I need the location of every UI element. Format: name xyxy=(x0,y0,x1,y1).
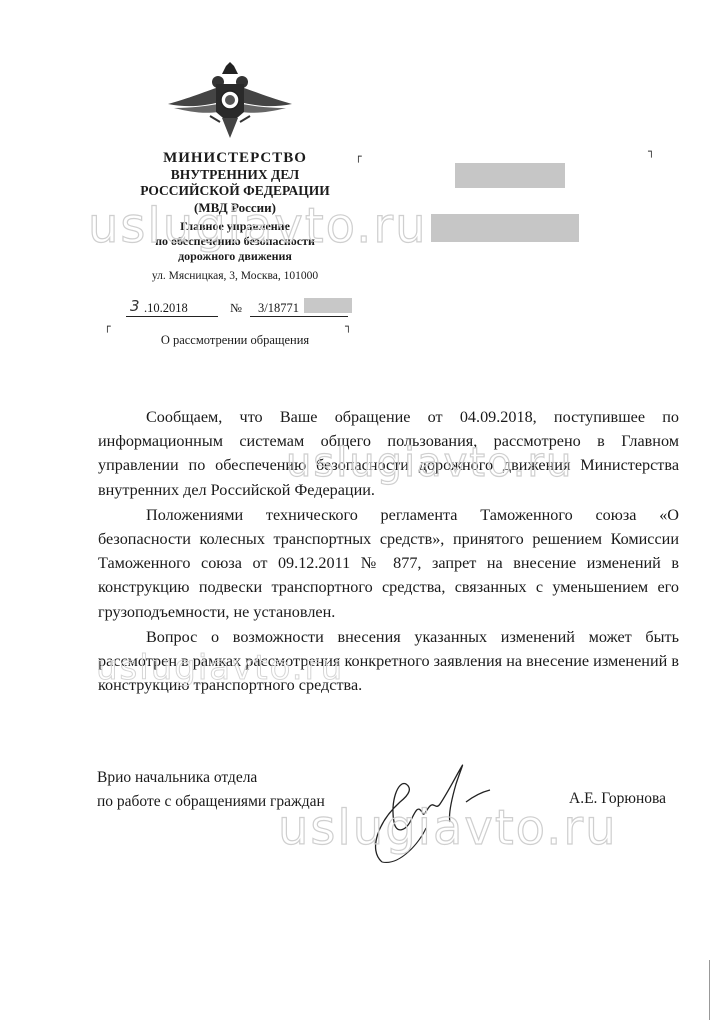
corner-bracket-top-left-icon: ┌ xyxy=(104,320,111,333)
org-line-1: МИНИСТЕРСТВО xyxy=(110,150,360,167)
recipient-redaction-1 xyxy=(455,163,565,188)
signer-title: Врио начальника отдела по работе с обращ… xyxy=(97,766,325,814)
reference-line: 3 .10.2018 № 3/18771 xyxy=(126,300,356,318)
dept-line-3: дорожного движения xyxy=(110,249,360,264)
subject-line: О рассмотрении обращения xyxy=(110,333,360,348)
dept-line-1: Главное управление xyxy=(110,219,360,234)
date-day-handwritten: 3 xyxy=(130,297,140,315)
scan-edge-line xyxy=(709,960,710,1020)
mvd-emblem-icon xyxy=(160,62,300,142)
org-line-4: (МВД России) xyxy=(110,199,360,216)
recipient-corner-top-right-icon: ┐ xyxy=(648,145,655,158)
address: ул. Мясницкая, 3, Москва, 101000 xyxy=(110,270,360,282)
letter-body: Сообщаем, что Ваше обращение от 04.09.20… xyxy=(98,405,679,697)
date-field: 3 .10.2018 xyxy=(126,300,218,317)
paragraph-2: Положениями технического регламента Тамо… xyxy=(98,503,679,624)
date-month-year: .10.2018 xyxy=(144,301,188,316)
corner-bracket-top-right-icon: ┐ xyxy=(345,320,352,333)
signer-title-line-2: по работе с обращениями граждан xyxy=(97,790,325,814)
handwritten-signature-icon xyxy=(360,762,500,872)
department-name: Главное управление по обеспечению безопа… xyxy=(110,219,360,264)
document-number: 3/18771 xyxy=(258,301,299,316)
signer-title-line-1: Врио начальника отдела xyxy=(97,766,325,790)
signer-name: А.Е. Горюнова xyxy=(569,790,666,808)
recipient-corner-top-left-icon: ┌ xyxy=(355,150,362,163)
org-line-2: ВНУТРЕННИХ ДЕЛ xyxy=(110,167,360,183)
paragraph-1: Сообщаем, что Ваше обращение от 04.09.20… xyxy=(98,405,679,502)
dept-line-2: по обеспечению безопасности xyxy=(110,234,360,249)
number-redaction xyxy=(304,298,352,313)
number-sign: № xyxy=(230,301,242,316)
number-field: 3/18771 xyxy=(250,300,348,317)
recipient-redaction-2 xyxy=(431,214,579,242)
organization-name: МИНИСТЕРСТВО ВНУТРЕННИХ ДЕЛ РОССИЙСКОЙ Ф… xyxy=(110,150,360,216)
org-line-3: РОССИЙСКОЙ ФЕДЕРАЦИИ xyxy=(110,183,360,199)
paragraph-3: Вопрос о возможности внесения указанных … xyxy=(98,625,679,698)
